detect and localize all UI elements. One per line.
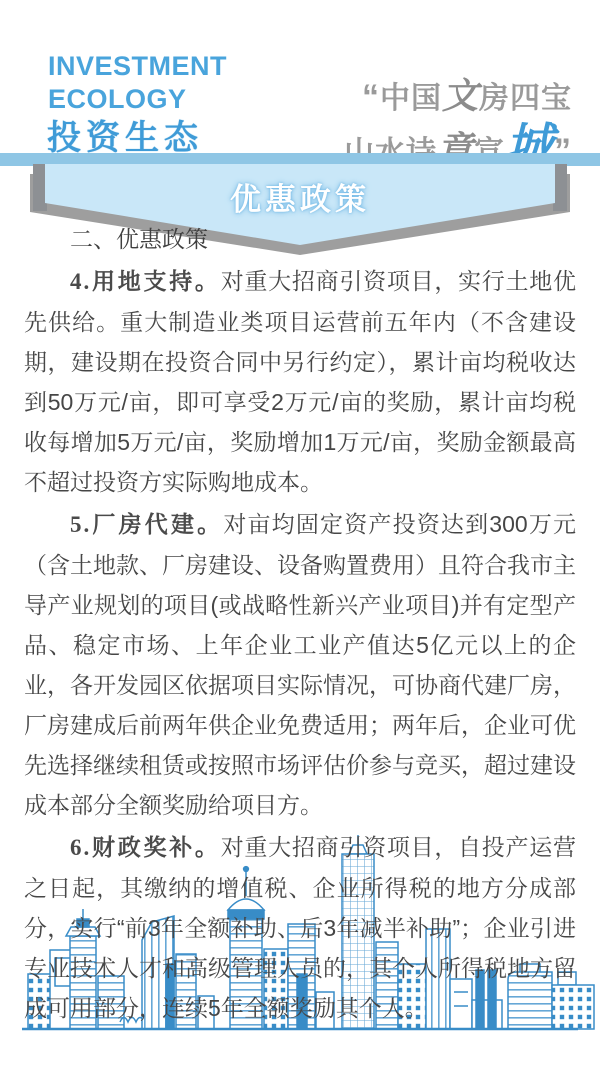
paragraph-text: 对重大招商引资项目，自投产运营之日起，其缴纳的增值税、企业所得税的地方分成部分，… bbox=[24, 834, 576, 1021]
policy-paragraph-land-support: 4.用地支持。对重大招商引资项目，实行土地优先供给。重大制造业类项目运营前五年内… bbox=[24, 261, 576, 502]
header-title-en-line1: INVESTMENT bbox=[48, 50, 227, 83]
paragraph-text: 对亩均固定资产投资达到300万元（含土地款、厂房建设、设备购置费用）且符合我市主… bbox=[24, 511, 576, 818]
slogan-text: 房四宝 bbox=[479, 82, 572, 115]
paragraph-text: 对重大招商引资项目，实行土地优先供给。重大制造业类项目运营前五年内（不含建设期，… bbox=[24, 268, 576, 495]
policy-content: 二、优惠政策 4.用地支持。对重大招商引资项目，实行土地优先供给。重大制造业类项… bbox=[0, 219, 600, 1028]
section-heading: 二、优惠政策 bbox=[24, 219, 576, 259]
paragraph-label: 4.用地支持。 bbox=[70, 269, 221, 294]
header-title-en: INVESTMENT ECOLOGY bbox=[48, 50, 227, 116]
policy-paragraph-factory-construction: 5.厂房代建。对亩均固定资产投资达到300万元（含土地款、厂房建设、设备购置费用… bbox=[24, 504, 576, 825]
banner-title: 优惠政策 bbox=[0, 174, 600, 219]
paragraph-label: 5.厂房代建。 bbox=[70, 512, 223, 537]
open-quote: “ bbox=[362, 78, 380, 116]
slogan-line1: “中国文房四宝 bbox=[344, 72, 572, 123]
brochure-page: INVESTMENT ECOLOGY 投资生态 “中国文房四宝 山水诗意宣城” … bbox=[0, 0, 600, 1067]
slogan-calligraphy-char: 文 bbox=[442, 76, 479, 116]
slogan-text: 中国 bbox=[380, 82, 442, 115]
paragraph-label: 6.财政奖补。 bbox=[70, 835, 221, 860]
policy-paragraph-fiscal-subsidy: 6.财政奖补。对重大招商引资项目，自投产运营之日起，其缴纳的增值税、企业所得税的… bbox=[24, 827, 576, 1028]
